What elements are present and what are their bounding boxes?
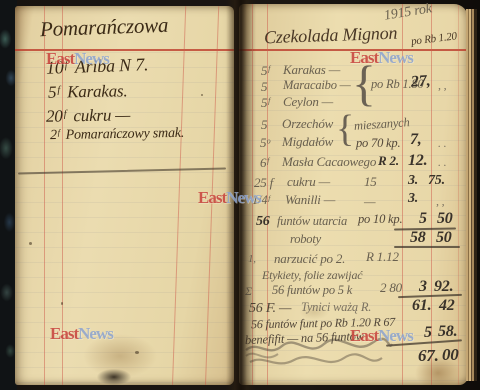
- row-name: Karakas —: [283, 62, 340, 78]
- ingredient-qty: 2ᶠ: [50, 128, 59, 143]
- row-name: Wanilli —: [285, 192, 335, 208]
- ingredient-qty: 20ᶠ: [46, 106, 66, 125]
- row-text: Etykiety, folie zawijać: [262, 268, 362, 283]
- page-stack-edge: [466, 9, 477, 381]
- dark-smudge: [91, 366, 137, 385]
- watermark-eastnews: EastNews: [50, 324, 113, 344]
- amount-rubles: 3.: [408, 191, 418, 207]
- amount-rubles: 5: [424, 324, 432, 342]
- amount-rubles: 3.: [408, 173, 418, 189]
- watermark-news: News: [226, 188, 261, 207]
- ingredient-name: Pomarańczowy smak.: [66, 126, 185, 143]
- row-qty: 5: [261, 79, 267, 95]
- amount-rubles: 12.: [408, 152, 427, 170]
- ingredient-qty: 5ᶠ: [48, 83, 59, 102]
- watermark-east: East: [46, 49, 74, 68]
- row-qty: 5ᶠ: [261, 63, 269, 79]
- total-rubles: 67.: [418, 346, 439, 366]
- row-price: 15: [364, 174, 377, 190]
- amount-kopecks: 58.: [438, 323, 457, 341]
- amount-rubles: 3: [419, 278, 427, 296]
- grouping-brace: {: [336, 110, 354, 148]
- row-name: Masła Cacaowego: [282, 154, 376, 170]
- amount-kopecks: , ,: [436, 194, 444, 209]
- ingredient-name: cukru —: [73, 105, 130, 125]
- row-price: 2 80: [380, 280, 402, 296]
- amount-rubles: 61.: [412, 297, 431, 315]
- ingredient-line: 5ᶠ Karakas.: [48, 81, 128, 102]
- row-qty: 5ᶠ: [261, 95, 269, 111]
- subtotal-kopecks: 50: [436, 229, 452, 247]
- row-price: —: [364, 194, 375, 210]
- amount-kopecks: . .: [438, 155, 446, 170]
- subtotal-rubles: 58: [410, 229, 426, 247]
- watermark-news: News: [378, 326, 413, 345]
- row-qty: 5ᵒ: [260, 135, 270, 151]
- watermark-news: News: [74, 49, 109, 68]
- row-text: 56 F. —: [249, 301, 291, 317]
- row-name: Ceylon —: [283, 94, 333, 110]
- ingredient-line: 2ᶠ Pomarańczowy smak.: [50, 126, 184, 144]
- row-price: R 2.: [378, 153, 399, 169]
- row-qty: 6ᶠ: [260, 155, 268, 171]
- watermark-news: News: [78, 324, 113, 343]
- amount-rubles: 27,: [410, 72, 431, 91]
- watermark-east: East: [50, 324, 78, 343]
- money-column-rule: [458, 4, 459, 385]
- row-qty: 5: [261, 117, 267, 133]
- row-name: Maracaibo —: [283, 78, 351, 93]
- amount-kopecks: . .: [438, 136, 446, 151]
- sum-rule: [394, 246, 460, 248]
- watermark-eastnews: EastNews: [350, 326, 413, 346]
- row-number: Σ: [245, 284, 252, 299]
- row-name: funtów utarcia: [277, 214, 347, 229]
- amount-kopecks: , ,: [438, 78, 446, 93]
- row-price: po 10 kp.: [358, 212, 402, 227]
- row-qty: 56: [256, 214, 270, 230]
- watermark-eastnews: EastNews: [46, 49, 109, 69]
- watermark-news: News: [378, 48, 413, 67]
- row-number: 1,: [248, 253, 256, 265]
- watermark-east: East: [350, 48, 378, 67]
- row-name-cont: roboty: [290, 232, 321, 247]
- row-text: narzucić po 2.: [274, 251, 345, 267]
- ingredient-line: 20ᶠ cukru —: [46, 105, 130, 126]
- row-name: Orzechów: [282, 116, 333, 132]
- watermark-east: East: [350, 326, 378, 345]
- amount-kopecks: 50: [437, 210, 453, 228]
- row-name: Migdałów: [282, 134, 333, 150]
- watermark-eastnews: EastNews: [198, 188, 261, 208]
- row-text: Tynici ważą R.: [301, 300, 371, 315]
- watermark-eastnews: EastNews: [350, 48, 413, 68]
- row-price: R 1.12: [366, 249, 399, 265]
- amount-kopecks: 42: [439, 297, 455, 315]
- total-kopecks: 00: [442, 345, 459, 365]
- notebook-photo: Pomarańczowa 10ᶠ Ariba N 7. 5ᶠ Karakas. …: [0, 0, 480, 390]
- watermark-east: East: [198, 188, 226, 207]
- group-price: po 70 kp.: [356, 136, 400, 151]
- row-name: cukru —: [287, 174, 330, 190]
- ingredient-name: Karakas.: [67, 81, 128, 101]
- recipe-title: Pomarańczowa: [40, 13, 169, 42]
- amount-rubles: 7,: [410, 131, 422, 149]
- row-text: 56 funtów po 5 k: [272, 283, 352, 298]
- amount-rubles: 5: [419, 210, 427, 228]
- amount-kopecks: 75.: [428, 173, 445, 189]
